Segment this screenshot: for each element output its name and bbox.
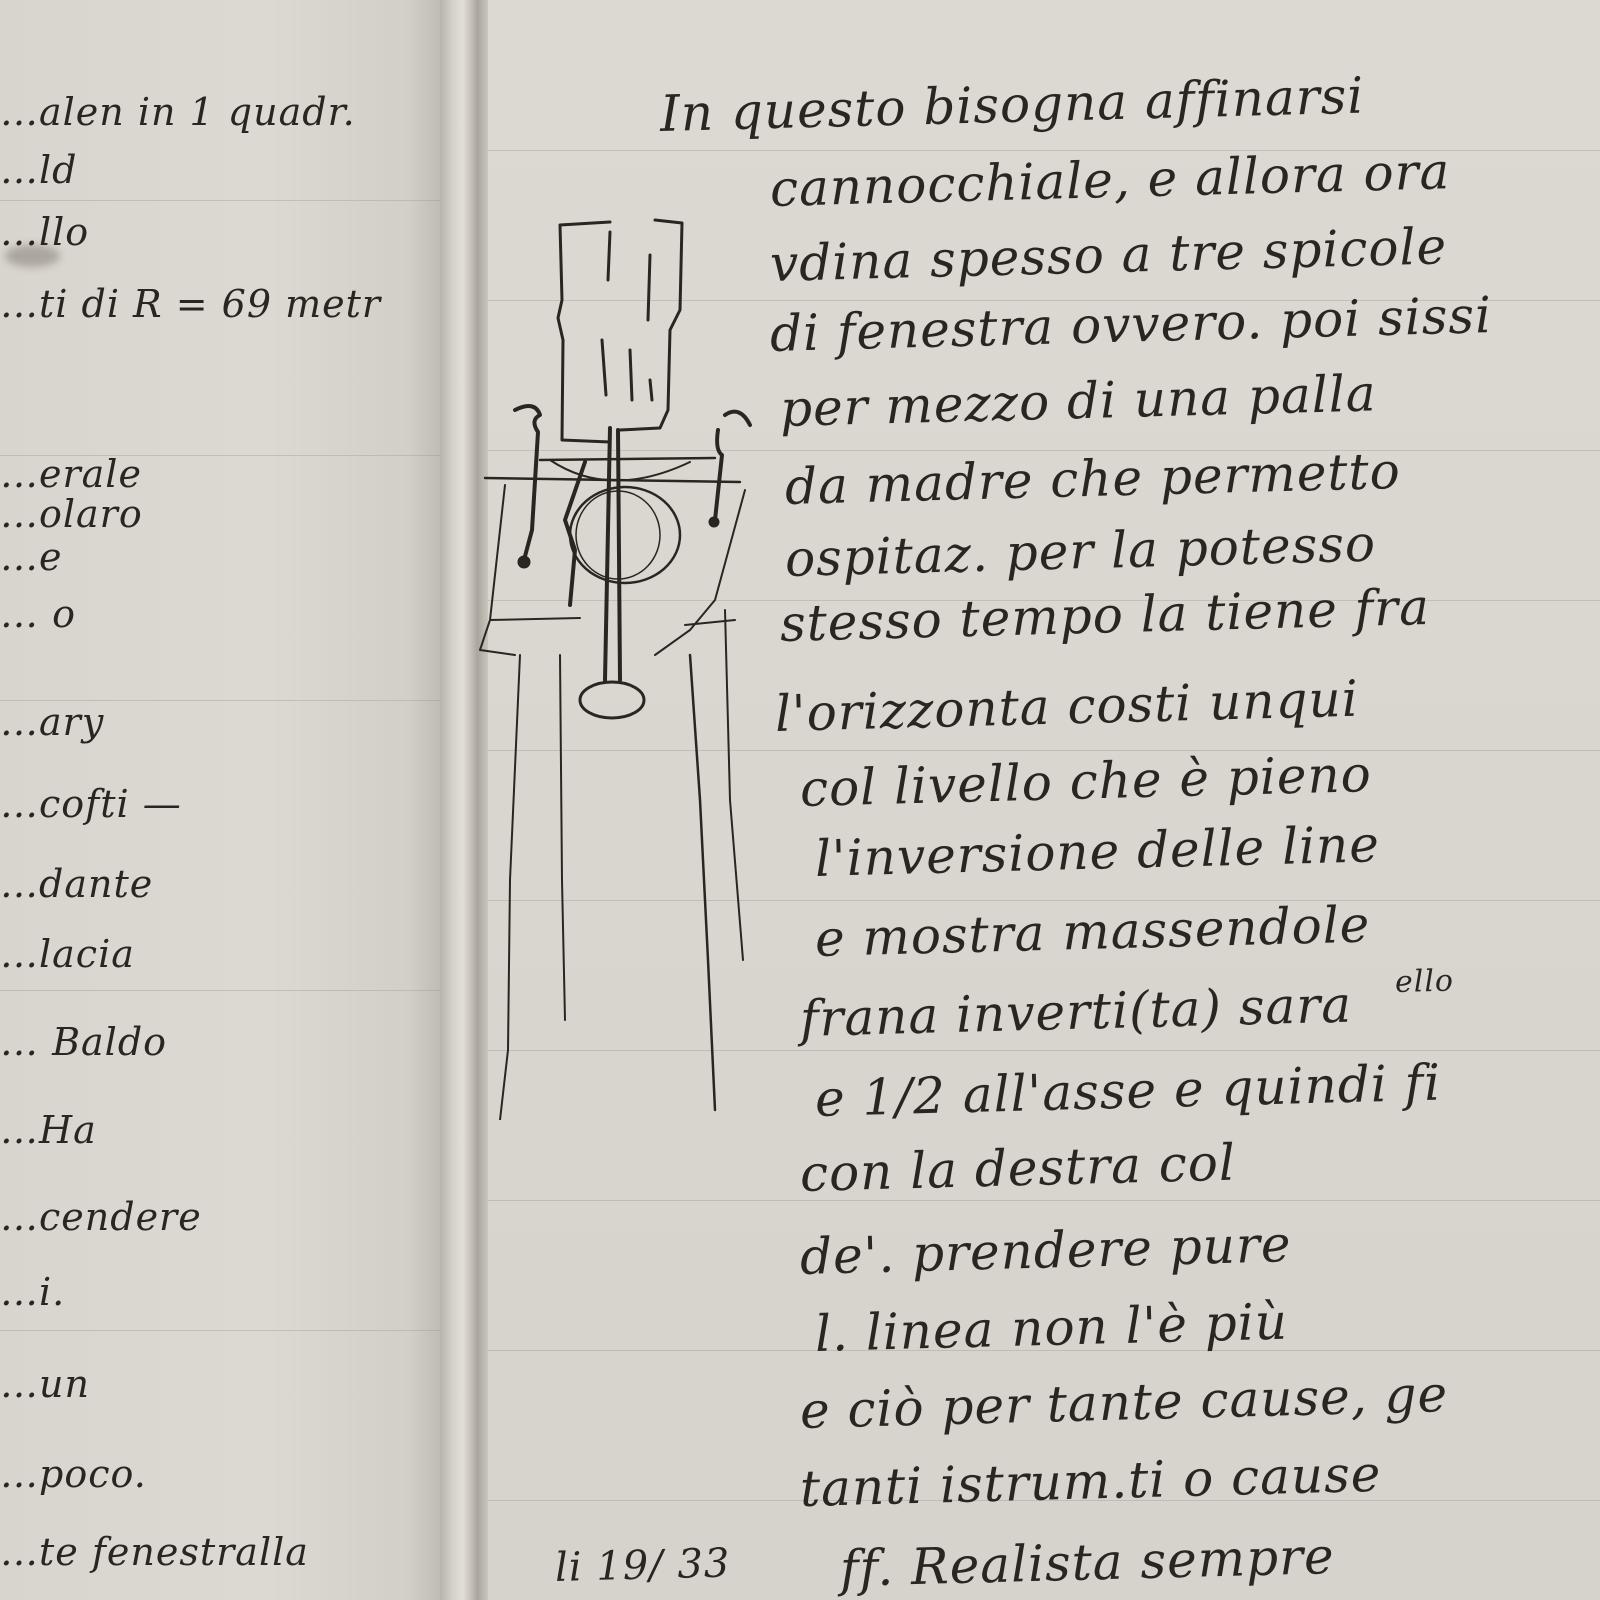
rule-line [488, 1200, 1600, 1201]
handwritten-line: …llo [0, 210, 89, 254]
interlinear-note: ello [1395, 963, 1455, 1000]
rule-line [0, 1330, 445, 1331]
rule-line [0, 990, 445, 991]
handwritten-line: …erale [0, 452, 142, 496]
handwritten-line: …cendere [0, 1195, 202, 1239]
handwritten-line: …ti di R = 69 metr [0, 282, 381, 326]
date-note: li 19/ 33 [554, 1540, 730, 1591]
handwritten-line: … o [0, 592, 76, 636]
handwritten-line: …olaro [0, 492, 143, 536]
handwritten-line: …lacia [0, 932, 135, 976]
handwritten-line: … Baldo [0, 1020, 167, 1064]
handwritten-line: …alen in 1 quadr. [0, 90, 356, 134]
handwritten-line: …dante [0, 862, 153, 906]
handwritten-line: …ary [0, 700, 104, 744]
handwritten-line: …poco. [0, 1452, 147, 1496]
handwritten-line: l. linea non l'è più [814, 1293, 1288, 1363]
rule-line [0, 200, 445, 201]
handwritten-line: …i. [0, 1270, 65, 1314]
handwritten-line: …ld [0, 148, 77, 192]
handwritten-line: con la destra col [799, 1134, 1236, 1203]
handwritten-line: …te fenestralla [0, 1530, 309, 1574]
handwritten-line: …Ha [0, 1108, 97, 1152]
handwritten-line: …cofti — [0, 782, 182, 826]
instrument-sketch [460, 200, 760, 1120]
handwritten-line: …un [0, 1362, 90, 1406]
handwritten-line: …e [0, 535, 63, 579]
